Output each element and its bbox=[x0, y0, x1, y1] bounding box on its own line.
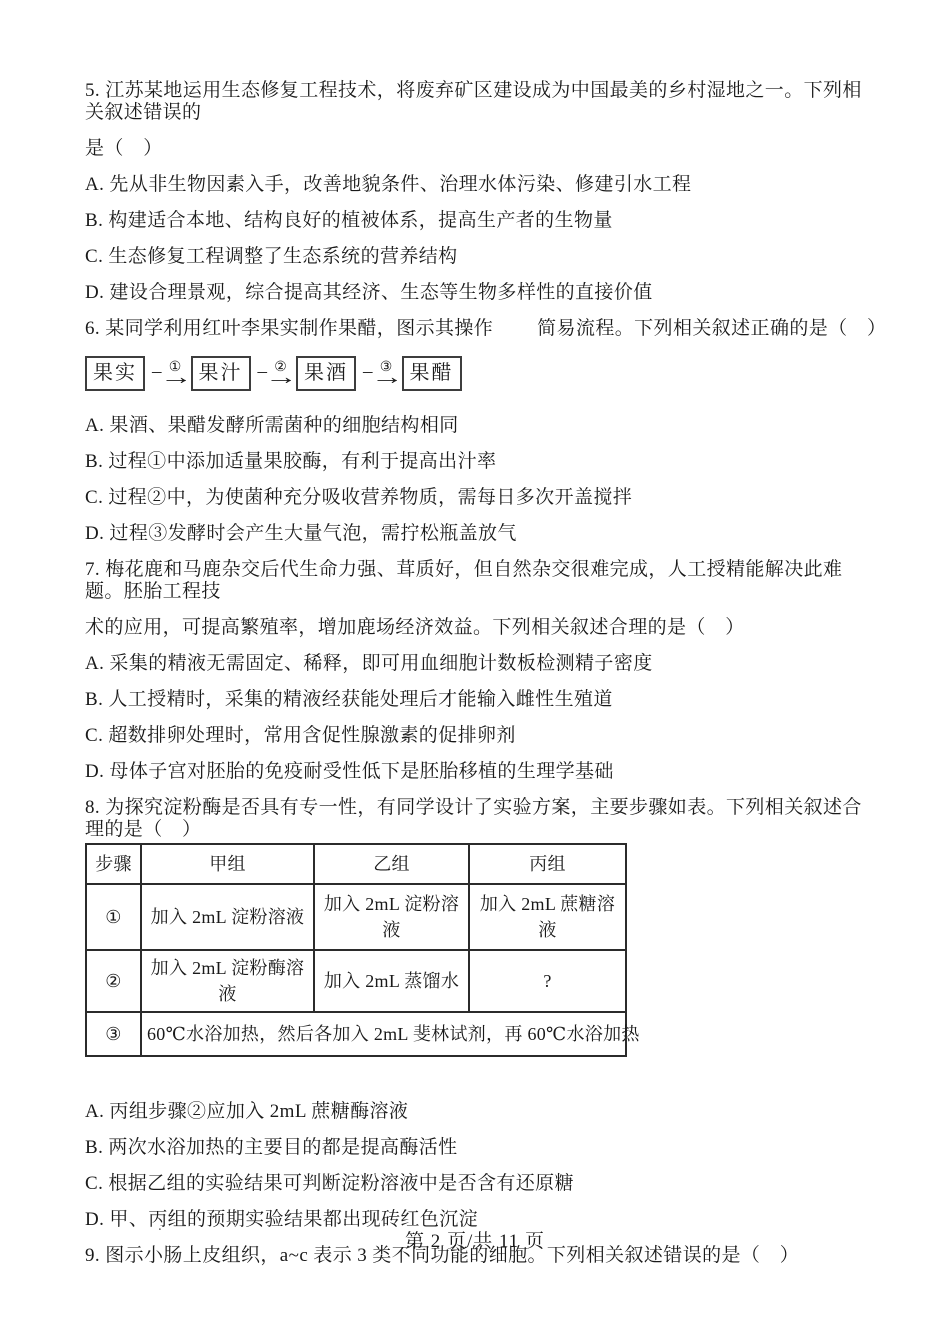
flow-node-wine: 果酒 bbox=[296, 356, 356, 391]
question-8-option-a: A. 丙组步骤②应加入 2mL 蔗糖酶溶液 bbox=[85, 1101, 877, 1123]
fermentation-flowchart: 果实 – ① → 果汁 – ② → 果酒 bbox=[85, 356, 877, 391]
exam-page: 5. 江苏某地运用生态修复工程技术，将废弃矿区建设成为中国最美的乡村湿地之一。下… bbox=[0, 0, 950, 1344]
question-6-option-d: D. 过程③发酵时会产生大量气泡，需拧松瓶盖放气 bbox=[85, 523, 877, 545]
flow-connector-2: – ② → bbox=[258, 362, 292, 386]
flow-node-fruit: 果实 bbox=[85, 356, 145, 391]
table-row-step-1: ① 加入 2mL 淀粉溶液 加入 2mL 淀粉溶液 加入 2mL 蔗糖溶液 bbox=[86, 884, 626, 950]
question-6-option-a: A. 果酒、果醋发酵所需菌种的细胞结构相同 bbox=[85, 415, 877, 437]
question-8-option-b: B. 两次水浴加热的主要目的都是提高酶活性 bbox=[85, 1137, 877, 1159]
question-7-stem-line-2: 术的应用，可提高繁殖率，增加鹿场经济效益。下列相关叙述合理的是（ ） bbox=[85, 617, 877, 639]
header-step: 步骤 bbox=[86, 844, 141, 884]
question-5-option-a: A. 先从非生物因素入手，改善地貌条件、治理水体污染、修建引水工程 bbox=[85, 174, 877, 196]
step-1-group-c: 加入 2mL 蔗糖溶液 bbox=[469, 884, 626, 950]
question-5-option-d: D. 建设合理景观，综合提高其经济、生态等生物多样性的直接价值 bbox=[85, 282, 877, 304]
question-7-stem-line-1: 7. 梅花鹿和马鹿杂交后代生命力强、茸质好，但自然杂交很难完成，人工授精能解决此… bbox=[85, 559, 877, 603]
step-3-span-cell: 60℃水浴加热，然后各加入 2mL 斐林试剂，再 60℃水浴加热 bbox=[141, 1012, 626, 1056]
step-1-group-a: 加入 2mL 淀粉溶液 bbox=[141, 884, 314, 950]
connector-step-3: ③ → bbox=[376, 362, 397, 386]
right-arrow-icon: → bbox=[265, 371, 297, 383]
right-arrow-icon: → bbox=[159, 371, 191, 383]
experiment-steps-table: 步骤 甲组 乙组 丙组 ① 加入 2mL 淀粉溶液 加入 2mL 淀粉溶液 加入… bbox=[85, 843, 627, 1057]
question-6-option-b: B. 过程①中添加适量果胶酶，有利于提高出汁率 bbox=[85, 451, 877, 473]
question-7-option-a: A. 采集的精液无需固定、稀释，即可用血细胞计数板检测精子密度 bbox=[85, 653, 877, 675]
step-2-group-a: 加入 2mL 淀粉酶溶液 bbox=[141, 950, 314, 1012]
question-6: 6. 某同学利用红叶李果实制作果醋，图示其操作 简易流程。下列相关叙述正确的是（… bbox=[85, 318, 877, 545]
flow-node-juice: 果汁 bbox=[191, 356, 251, 391]
connector-step-2: ② → bbox=[270, 362, 291, 386]
step-2-group-b: 加入 2mL 蒸馏水 bbox=[314, 950, 469, 1012]
step-3-cell: ③ bbox=[86, 1012, 141, 1056]
question-8-option-c: C. 根据乙组的实验结果可判断淀粉溶液中是否含有还原糖 bbox=[85, 1173, 877, 1195]
question-7: 7. 梅花鹿和马鹿杂交后代生命力强、茸质好，但自然杂交很难完成，人工授精能解决此… bbox=[85, 559, 877, 783]
step-1-cell: ① bbox=[86, 884, 141, 950]
step-1-group-b: 加入 2mL 淀粉溶液 bbox=[314, 884, 469, 950]
question-8-stem: 8. 为探究淀粉酶是否具有专一性，有同学设计了实验方案，主要步骤如表。下列相关叙… bbox=[85, 797, 877, 841]
question-5: 5. 江苏某地运用生态修复工程技术，将废弃矿区建设成为中国最美的乡村湿地之一。下… bbox=[85, 80, 877, 304]
table-row-step-2: ② 加入 2mL 淀粉酶溶液 加入 2mL 蒸馏水 ? bbox=[86, 950, 626, 1012]
flow-node-vinegar: 果醋 bbox=[402, 356, 462, 391]
question-7-option-b: B. 人工授精时，采集的精液经获能处理后才能输入雌性生殖道 bbox=[85, 689, 877, 711]
question-7-option-c: C. 超数排卵处理时，常用含促性腺激素的促排卵剂 bbox=[85, 725, 877, 747]
question-6-option-c: C. 过程②中，为使菌种充分吸收营养物质，需每日多次开盖搅拌 bbox=[85, 487, 877, 509]
table-header-row: 步骤 甲组 乙组 丙组 bbox=[86, 844, 626, 884]
question-7-option-d: D. 母体子宫对胚胎的免疫耐受性低下是胚胎移植的生理学基础 bbox=[85, 761, 877, 783]
table-row-step-3: ③ 60℃水浴加热，然后各加入 2mL 斐林试剂，再 60℃水浴加热 bbox=[86, 1012, 626, 1056]
question-8: 8. 为探究淀粉酶是否具有专一性，有同学设计了实验方案，主要步骤如表。下列相关叙… bbox=[85, 797, 877, 1231]
question-5-stem-line-2: 是（ ） bbox=[85, 138, 877, 160]
exam-content: 5. 江苏某地运用生态修复工程技术，将废弃矿区建设成为中国最美的乡村湿地之一。下… bbox=[85, 80, 877, 1281]
step-2-group-c: ? bbox=[469, 950, 626, 1012]
flow-connector-3: – ③ → bbox=[363, 362, 397, 386]
header-group-a: 甲组 bbox=[141, 844, 314, 884]
header-group-c: 丙组 bbox=[469, 844, 626, 884]
question-5-option-c: C. 生态修复工程调整了生态系统的营养结构 bbox=[85, 246, 877, 268]
connector-step-1: ① → bbox=[165, 362, 186, 386]
right-arrow-icon: → bbox=[370, 371, 402, 383]
question-5-stem-line-1: 5. 江苏某地运用生态修复工程技术，将废弃矿区建设成为中国最美的乡村湿地之一。下… bbox=[85, 80, 877, 124]
flow-connector-1: – ① → bbox=[152, 362, 186, 386]
header-group-b: 乙组 bbox=[314, 844, 469, 884]
page-number-footer: 第 2 页/共 11 页 bbox=[0, 1226, 950, 1253]
question-5-option-b: B. 构建适合本地、结构良好的植被体系，提高生产者的生物量 bbox=[85, 210, 877, 232]
question-6-stem: 6. 某同学利用红叶李果实制作果醋，图示其操作 简易流程。下列相关叙述正确的是（… bbox=[85, 318, 877, 340]
step-2-cell: ② bbox=[86, 950, 141, 1012]
